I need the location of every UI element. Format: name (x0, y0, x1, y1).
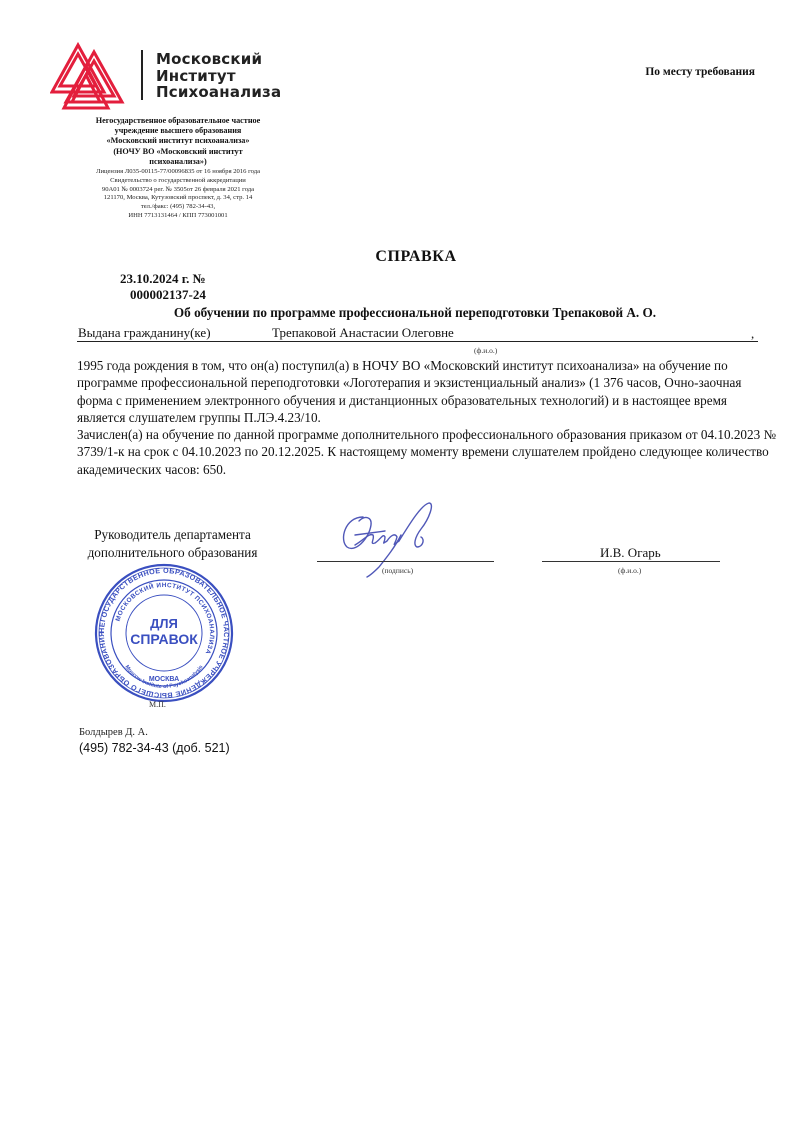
triple-triangle-logo-icon (50, 42, 126, 110)
signer-name: И.В. Огарь (600, 545, 661, 561)
license-line: Лицензия Л035-00115-77/00096835 от 16 но… (68, 168, 288, 177)
document-title: СПРАВКА (0, 248, 800, 266)
address-line: 121170, Москва, Кутузовский проспект, д.… (68, 194, 288, 203)
logo-wordmark: Московский Институт Психоанализа (156, 51, 281, 101)
org-name-line: Негосударственное образовательное частно… (68, 116, 288, 126)
org-name-line: учреждение высшего образования (68, 126, 288, 136)
signer-name-line (542, 561, 720, 562)
issued-underline (77, 341, 758, 342)
signature-caption: (подпись) (382, 566, 413, 575)
org-name-line: «Московский институт психоанализа» (68, 136, 288, 146)
fio-caption: (ф.и.о.) (474, 346, 497, 355)
signer-title-line: Руководитель департамента (80, 526, 265, 544)
phone-line: тел./факс: (495) 782-34-43, (68, 203, 288, 212)
logo-line: Московский (156, 51, 281, 68)
logo-divider (141, 50, 143, 100)
stamp-center-line-1: ДЛЯ (150, 616, 178, 631)
signer-title-line: дополнительного образования (80, 544, 265, 562)
organization-details: Лицензия Л035-00115-77/00096835 от 16 но… (68, 168, 288, 221)
issued-to-name: Трепаковой Анастасии Олеговне (272, 325, 454, 341)
signer-fio-caption: (ф.и.о.) (618, 566, 641, 575)
signer-title: Руководитель департамента дополнительног… (80, 526, 265, 562)
organization-block: Негосударственное образовательное частно… (68, 116, 288, 221)
document-number: 000002137-24 (130, 287, 206, 303)
document-date: 23.10.2024 г. № (120, 271, 206, 287)
organization-name: Негосударственное образовательное частно… (68, 116, 288, 167)
body-paragraph-enrollment: 1995 года рождения в том, что он(а) пост… (77, 357, 777, 426)
inn-kpp-line: ИНН 7713131464 / КПП 773001001 (68, 212, 288, 221)
official-stamp-icon: НЕГОСУДАРСТВЕННОЕ ОБРАЗОВАТЕЛЬНОЕ ЧАСТНО… (93, 562, 235, 704)
accreditation-line: Свидетельство о государственной аккредит… (68, 177, 288, 186)
stamp-caption: М.П. (149, 700, 166, 709)
stamp-center-line-2: СПРАВОК (130, 631, 198, 647)
issued-to-label: Выдана гражданину(ке) (78, 325, 211, 341)
signature-line (317, 561, 494, 562)
body-paragraph-order: Зачислен(а) на обучение по данной програ… (77, 426, 777, 478)
logo-line: Институт (156, 68, 281, 85)
contact-phone: (495) 782-34-43 (доб. 521) (79, 741, 230, 755)
org-name-line: (НОЧУ ВО «Московский институт (68, 147, 288, 157)
issued-trailing-comma: , (751, 326, 754, 342)
accreditation-number-line: 90А01 № 0003724 рег. № 3505от 26 февраля… (68, 186, 288, 195)
recipient: По месту требования (645, 66, 755, 78)
logo-line: Психоанализа (156, 84, 281, 101)
contact-name: Болдырев Д. А. (79, 727, 148, 738)
org-name-line: психоанализа») (68, 157, 288, 167)
stamp-city: МОСКВА (149, 676, 179, 683)
document-subject: Об обучении по программе профессионально… (0, 305, 800, 321)
